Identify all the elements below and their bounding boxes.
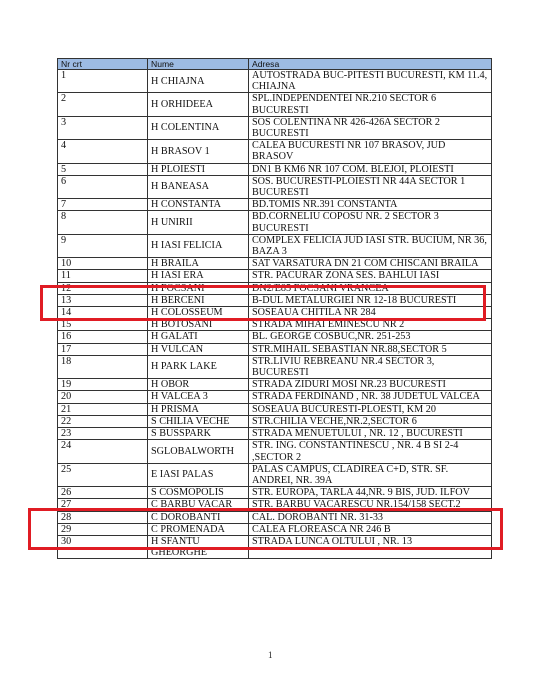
row-address: DN2/E85 FOCSANI VRANCEA — [249, 282, 492, 294]
row-number: 24 — [58, 440, 148, 463]
row-number: 21 — [58, 403, 148, 415]
row-address: STR.LIVIU REBREANU NR.4 SECTOR 3, BUCURE… — [249, 355, 492, 378]
row-name: H FOCSANI — [148, 282, 249, 294]
table-row: 16H GALATIBL. GEORGE COSBUC,NR. 251-253 — [58, 331, 492, 343]
header-adresa: Adresa — [249, 59, 492, 70]
table-row: 9H IASI FELICIACOMPLEX FELICIA JUD IASI … — [58, 234, 492, 257]
table-row: 13H BERCENIB-DUL METALURGIEI NR 12-18 BU… — [58, 294, 492, 306]
row-name: H PRISMA — [148, 403, 249, 415]
row-number: 27 — [58, 499, 148, 511]
row-address: DN1 B KM6 NR 107 COM. BLEJOI, PLOIESTI — [249, 163, 492, 175]
row-name: C DOROBANTI — [148, 511, 249, 523]
page-number: 1 — [268, 650, 273, 660]
row-number: 6 — [58, 175, 148, 198]
table-row: 27C BARBU VACARSTR. BARBU VACARESCU NR.1… — [58, 499, 492, 511]
locations-table: Nr crt Nume Adresa 1H CHIAJNAAUTOSTRADA … — [57, 58, 492, 559]
row-name: H BERCENI — [148, 294, 249, 306]
table-row: 8H UNIRIIBD.CORNELIU COPOSU NR. 2 SECTOR… — [58, 211, 492, 234]
row-name: H BOTOSANI — [148, 319, 249, 331]
row-address: STRADA ZIDURI MOSI NR.23 BUCURESTI — [249, 379, 492, 391]
row-address: PALAS CAMPUS, CLADIREA C+D, STR. SF. AND… — [249, 463, 492, 486]
row-number: 4 — [58, 140, 148, 163]
row-address: CALEA BUCURESTI NR 107 BRASOV, JUD BRASO… — [249, 140, 492, 163]
row-name: H GALATI — [148, 331, 249, 343]
row-number: 30 — [58, 535, 148, 558]
row-address: CAL. DOROBANTI NR. 31-33 — [249, 511, 492, 523]
row-address: SPL.INDEPENDENTEI NR.210 SECTOR 6 BUCURE… — [249, 93, 492, 116]
table-row: 29C PROMENADACALEA FLOREASCA NR 246 B — [58, 523, 492, 535]
row-name: C PROMENADA — [148, 523, 249, 535]
table-row: 11H IASI ERASTR. PACURAR ZONA SES. BAHLU… — [58, 270, 492, 282]
row-name: H UNIRII — [148, 211, 249, 234]
row-number: 17 — [58, 343, 148, 355]
row-name: H OBOR — [148, 379, 249, 391]
table-row: 20H VALCEA 3STRADA FERDINAND , NR. 38 JU… — [58, 391, 492, 403]
row-address: STR. BARBU VACARESCU NR.154/158 SECT.2 — [249, 499, 492, 511]
row-name: H VALCEA 3 — [148, 391, 249, 403]
row-name: H COLENTINA — [148, 116, 249, 139]
document-page: Nr crt Nume Adresa 1H CHIAJNAAUTOSTRADA … — [0, 0, 544, 700]
row-number: 28 — [58, 511, 148, 523]
table-row: 5H PLOIESTIDN1 B KM6 NR 107 COM. BLEJOI,… — [58, 163, 492, 175]
row-address: STR.MIHAIL SEBASTIAN NR.88,SECTOR 5 — [249, 343, 492, 355]
table-row: 28C DOROBANTICAL. DOROBANTI NR. 31-33 — [58, 511, 492, 523]
row-name: H BRASOV 1 — [148, 140, 249, 163]
row-address: COMPLEX FELICIA JUD IASI STR. BUCIUM, NR… — [249, 234, 492, 257]
row-number: 8 — [58, 211, 148, 234]
row-address: BL. GEORGE COSBUC,NR. 251-253 — [249, 331, 492, 343]
table-row: 7H CONSTANTABD.TOMIS NR.391 CONSTANTA — [58, 199, 492, 211]
row-number: 26 — [58, 487, 148, 499]
row-name: C BARBU VACAR — [148, 499, 249, 511]
table-row: 6H BANEASASOS. BUCURESTI-PLOIESTI NR 44A… — [58, 175, 492, 198]
row-name: H ORHIDEEA — [148, 93, 249, 116]
table-row: 19H OBORSTRADA ZIDURI MOSI NR.23 BUCURES… — [58, 379, 492, 391]
table-row: 25E IASI PALASPALAS CAMPUS, CLADIREA C+D… — [58, 463, 492, 486]
table-row: 1H CHIAJNAAUTOSTRADA BUC-PITESTI BUCURES… — [58, 70, 492, 93]
row-name: H COLOSSEUM — [148, 307, 249, 319]
row-address: AUTOSTRADA BUC-PITESTI BUCURESTI, KM 11.… — [249, 70, 492, 93]
table-row: 22S CHILIA VECHESTR.CHILIA VECHE,NR.2,SE… — [58, 415, 492, 427]
row-name: S BUSSPARK — [148, 428, 249, 440]
row-address: SOS COLENTINA NR 426-426A SECTOR 2 BUCUR… — [249, 116, 492, 139]
row-address: STR. EUROPA, TARLA 44,NR. 9 BIS, JUD. IL… — [249, 487, 492, 499]
row-number: 18 — [58, 355, 148, 378]
table-row: 18H PARK LAKESTR.LIVIU REBREANU NR.4 SEC… — [58, 355, 492, 378]
row-number: 23 — [58, 428, 148, 440]
row-number: 29 — [58, 523, 148, 535]
table-row: 15H BOTOSANISTRADA MIHAI EMINESCU NR 2 — [58, 319, 492, 331]
table-row: 10H BRAILASAT VARSATURA DN 21 COM CHISCA… — [58, 258, 492, 270]
row-address: BD.TOMIS NR.391 CONSTANTA — [249, 199, 492, 211]
row-name: H CONSTANTA — [148, 199, 249, 211]
row-address: BD.CORNELIU COPOSU NR. 2 SECTOR 3 BUCURE… — [249, 211, 492, 234]
table-row: 14H COLOSSEUMSOSEAUA CHITILA NR 284 — [58, 307, 492, 319]
table-row: 17H VULCANSTR.MIHAIL SEBASTIAN NR.88,SEC… — [58, 343, 492, 355]
row-name: H SFANTU GHEORGHE — [148, 535, 249, 558]
row-address: STRADA LUNCA OLTULUI , NR. 13 — [249, 535, 492, 558]
table-body: 1H CHIAJNAAUTOSTRADA BUC-PITESTI BUCURES… — [58, 70, 492, 559]
table-row: 23S BUSSPARKSTRADA MENUETULUI , NR. 12 ,… — [58, 428, 492, 440]
row-address: STR. ING. CONSTANTINESCU , NR. 4 B SI 2-… — [249, 440, 492, 463]
row-number: 7 — [58, 199, 148, 211]
row-name: S COSMOPOLIS — [148, 487, 249, 499]
table-row: 26S COSMOPOLISSTR. EUROPA, TARLA 44,NR. … — [58, 487, 492, 499]
row-address: SOSEAUA CHITILA NR 284 — [249, 307, 492, 319]
row-number: 20 — [58, 391, 148, 403]
row-number: 16 — [58, 331, 148, 343]
row-number: 14 — [58, 307, 148, 319]
table-row: 3H COLENTINASOS COLENTINA NR 426-426A SE… — [58, 116, 492, 139]
row-address: B-DUL METALURGIEI NR 12-18 BUCURESTI — [249, 294, 492, 306]
row-number: 3 — [58, 116, 148, 139]
row-address: CALEA FLOREASCA NR 246 B — [249, 523, 492, 535]
row-address: SOS. BUCURESTI-PLOIESTI NR 44A SECTOR 1 … — [249, 175, 492, 198]
row-address: SOSEAUA BUCURESTI-PLOESTI, KM 20 — [249, 403, 492, 415]
table-row: 21H PRISMASOSEAUA BUCURESTI-PLOESTI, KM … — [58, 403, 492, 415]
row-name: H PLOIESTI — [148, 163, 249, 175]
row-address: SAT VARSATURA DN 21 COM CHISCANI BRAILA — [249, 258, 492, 270]
row-name: SGLOBALWORTH — [148, 440, 249, 463]
row-name: S CHILIA VECHE — [148, 415, 249, 427]
table-row: 12H FOCSANIDN2/E85 FOCSANI VRANCEA — [58, 282, 492, 294]
row-name: H VULCAN — [148, 343, 249, 355]
row-number: 13 — [58, 294, 148, 306]
header-nume: Nume — [148, 59, 249, 70]
row-number: 12 — [58, 282, 148, 294]
row-number: 5 — [58, 163, 148, 175]
row-number: 10 — [58, 258, 148, 270]
table-row: 2H ORHIDEEASPL.INDEPENDENTEI NR.210 SECT… — [58, 93, 492, 116]
row-name: E IASI PALAS — [148, 463, 249, 486]
row-name: H PARK LAKE — [148, 355, 249, 378]
row-address: STR.CHILIA VECHE,NR.2,SECTOR 6 — [249, 415, 492, 427]
row-address: STRADA MENUETULUI , NR. 12 , BUCURESTI — [249, 428, 492, 440]
row-number: 22 — [58, 415, 148, 427]
row-name: H IASI FELICIA — [148, 234, 249, 257]
table-row: 30H SFANTU GHEORGHESTRADA LUNCA OLTULUI … — [58, 535, 492, 558]
row-name: H IASI ERA — [148, 270, 249, 282]
row-address: STRADA FERDINAND , NR. 38 JUDETUL VALCEA — [249, 391, 492, 403]
table-row: 4H BRASOV 1CALEA BUCURESTI NR 107 BRASOV… — [58, 140, 492, 163]
table-header-row: Nr crt Nume Adresa — [58, 59, 492, 70]
row-number: 19 — [58, 379, 148, 391]
row-number: 15 — [58, 319, 148, 331]
table-row: 24SGLOBALWORTHSTR. ING. CONSTANTINESCU ,… — [58, 440, 492, 463]
row-address: STRADA MIHAI EMINESCU NR 2 — [249, 319, 492, 331]
row-name: H BANEASA — [148, 175, 249, 198]
row-name: H BRAILA — [148, 258, 249, 270]
row-number: 25 — [58, 463, 148, 486]
row-number: 9 — [58, 234, 148, 257]
row-number: 1 — [58, 70, 148, 93]
row-name: H CHIAJNA — [148, 70, 249, 93]
row-address: STR. PACURAR ZONA SES. BAHLUI IASI — [249, 270, 492, 282]
header-nr-crt: Nr crt — [58, 59, 148, 70]
row-number: 11 — [58, 270, 148, 282]
row-number: 2 — [58, 93, 148, 116]
